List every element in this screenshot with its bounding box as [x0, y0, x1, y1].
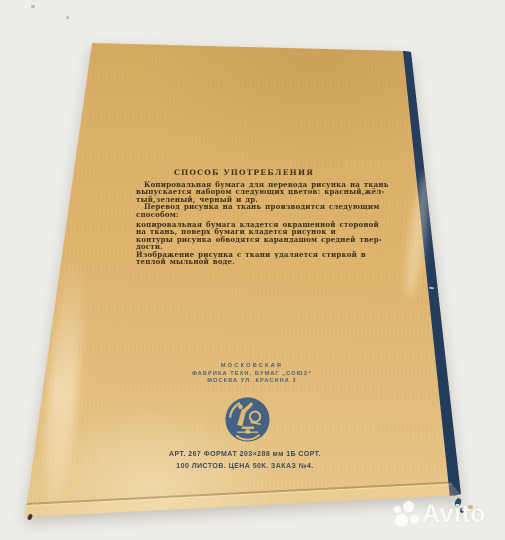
corner-tear	[27, 513, 33, 520]
factory-name-line: МОСКОВСКАЯ	[152, 363, 352, 371]
usage-line: способом:	[136, 211, 352, 218]
carbon-paper-package: СПОСОБ УПОТРЕБЛЕНИЯ Копировальная бумага…	[0, 0, 505, 540]
avito-watermark-text: Avito	[422, 501, 486, 528]
photo-scene: СПОСОБ УПОТРЕБЛЕНИЯ Копировальная бумага…	[0, 0, 505, 540]
usage-line: контуры рисунка обводятся карандашом сре…	[136, 236, 352, 243]
worn-streak	[39, 257, 89, 508]
article-format-line: АРТ. 267 ФОРМАТ 203×288 мм 1Б СОРТ.	[130, 449, 360, 461]
usage-title: СПОСОБ УПОТРЕБЛЕНИЯ	[136, 168, 352, 177]
product-details: АРТ. 267 ФОРМАТ 203×288 мм 1Б СОРТ. 100 …	[130, 449, 360, 472]
avito-logo-icon	[394, 501, 419, 528]
usage-instructions: СПОСОБ УПОТРЕБЛЕНИЯ Копировальная бумага…	[136, 168, 352, 265]
factory-address-line: МОСКВА УЛ. КРАСИНА 3	[152, 378, 352, 386]
sheets-price-line: 100 ЛИСТОВ. ЦЕНА 50К. ЗАКАЗ №4.	[130, 461, 360, 473]
paper-front-cover: СПОСОБ УПОТРЕБЛЕНИЯ Копировальная бумага…	[0, 0, 505, 540]
factory-name-line: ФАБРИКА ТЕХН. БУМАГ „СОЮЗ“	[152, 371, 352, 379]
avito-watermark: Avito	[394, 501, 486, 528]
usage-line: теплой мыльной воде.	[136, 258, 352, 265]
factory-imprint: МОСКОВСКАЯ ФАБРИКА ТЕХН. БУМАГ „СОЮЗ“ МО…	[152, 363, 352, 386]
factory-stamp-icon	[224, 396, 271, 443]
